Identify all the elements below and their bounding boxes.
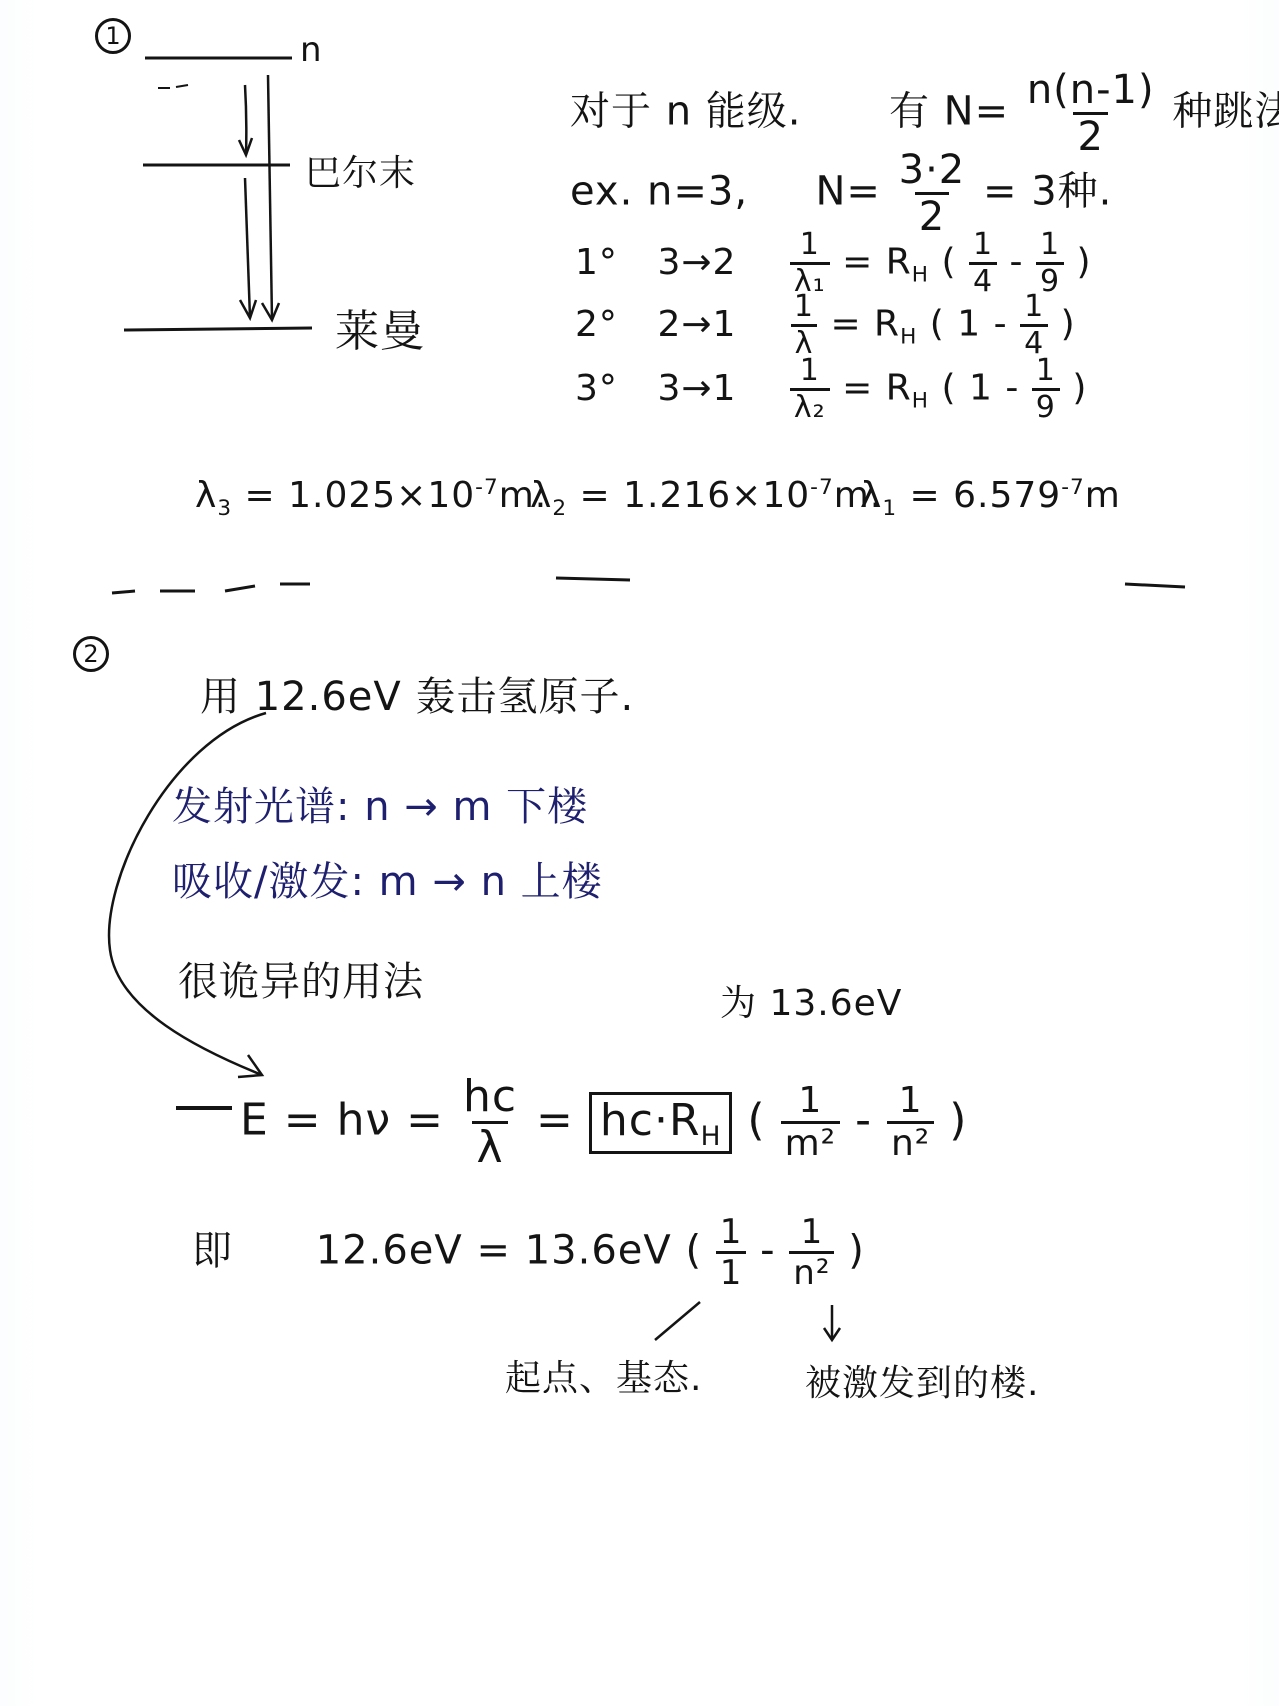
term-2-fraction: 1 9: [1036, 230, 1064, 297]
result-lambda-1: λ1 = 6.579-7m: [860, 475, 1121, 521]
transition-row-2: 2° 2→1 1 λ = RH ( 1 - 1 4 ): [575, 292, 1076, 359]
fraction-numerator: n(n-1): [1023, 70, 1159, 112]
level-n-label: n: [300, 30, 323, 70]
fraction-denominator: n²: [887, 1121, 934, 1162]
transition-jump: 2→1: [657, 304, 777, 345]
minus-sign: -: [855, 1095, 872, 1146]
fraction-numerator: 1: [790, 292, 818, 324]
paren-open: (: [941, 242, 956, 283]
lambda-subscript: 1: [882, 496, 897, 521]
inverse-n-squared-fraction: 1 n²: [887, 1083, 934, 1162]
lambda-symbol: λ: [195, 475, 217, 516]
fraction-denominator: m²: [781, 1121, 841, 1162]
paren-open: (: [747, 1095, 765, 1146]
rule-text-have: 有 N=: [889, 89, 1009, 135]
transition-index: 3°: [575, 368, 645, 409]
annotation-ground-state: 起点、基态.: [505, 1350, 702, 1401]
pointer-line: [655, 1302, 700, 1340]
result-lambda-2: λ2 = 1.216×10-7m.: [530, 475, 882, 521]
rule-line: 对于 n 能级. 有 N= n(n-1) 2 种跳法: [570, 70, 1279, 157]
term-2-fraction: 1 4: [1020, 292, 1048, 359]
fraction-numerator: 1: [1036, 230, 1064, 262]
inverse-m-squared-fraction: 1 m²: [781, 1083, 841, 1162]
minus-sign: -: [1010, 242, 1024, 283]
transition-index: 2°: [575, 304, 645, 345]
example-post: = 3种.: [983, 169, 1112, 215]
section-2-title: 用 12.6eV 轰击氢原子.: [200, 665, 634, 722]
fraction-numerator: 1: [796, 356, 824, 388]
fraction-numerator: 3·2: [895, 150, 970, 192]
arrow-down-icon: [268, 75, 272, 320]
section-2-marker-text: 2: [83, 640, 98, 668]
fraction-numerator: 1: [1032, 356, 1060, 388]
balmer-label: 巴尔末: [305, 145, 416, 196]
transition-row-1: 1° 3→2 1 λ₁ = RH ( 1 4 - 1 9 ): [575, 230, 1092, 297]
term-2-fraction: 1 9: [1032, 356, 1060, 423]
rule-text-pre: 对于 n 能级.: [570, 89, 802, 135]
term-1-fraction: 1 4: [969, 230, 997, 297]
minus-sign: -: [994, 304, 1008, 345]
fraction-numerator: 1: [969, 230, 997, 262]
substitution-lhs: 12.6eV = 13.6eV: [316, 1228, 672, 1274]
annotation-excited-level: 被激发到的楼.: [805, 1355, 1039, 1406]
energy-formula: E = hν = hc λ = hc·RH ( 1 m² - 1 n² ): [240, 1075, 967, 1170]
section-separator: [112, 578, 1185, 593]
lambda-symbol: λ: [860, 475, 882, 516]
equals-sign: =: [536, 1095, 574, 1146]
fraction-numerator: 1: [794, 1083, 826, 1121]
fraction-numerator: 1: [1020, 292, 1048, 324]
term-1: 1: [957, 304, 981, 345]
lambda-subscript: 2: [552, 496, 567, 521]
paren-close: ): [1061, 304, 1076, 345]
lambda-subscript: 3: [217, 496, 232, 521]
arrow-down-icon: [245, 178, 250, 318]
transition-jump: 3→2: [657, 242, 777, 283]
transition-jump: 3→1: [657, 368, 777, 409]
fraction-numerator: 1: [895, 1083, 927, 1121]
boxed-constant-text: hc·R: [600, 1095, 701, 1146]
equals-13-6-note: 为 13.6eV: [720, 975, 902, 1026]
paren-close: ): [949, 1095, 967, 1146]
fraction-numerator: 1: [796, 230, 824, 262]
result-value: = 1.025×10: [245, 475, 476, 516]
substitution-formula: 即 12.6eV = 13.6eV ( 1 1 - 1 n² ): [192, 1215, 865, 1290]
rule-fraction: n(n-1) 2: [1023, 70, 1159, 157]
fraction-numerator: hc: [459, 1075, 521, 1121]
rule-text-post: 种跳法: [1172, 89, 1279, 135]
rydberg-symbol: = R: [830, 304, 900, 345]
lambda-symbol: λ: [530, 475, 552, 516]
fraction-numerator: 1: [716, 1215, 747, 1251]
example-N: N=: [815, 169, 880, 215]
result-value: = 1.216×10: [580, 475, 811, 516]
lyman-label: 莱曼: [335, 295, 425, 359]
transition-row-3: 3° 3→1 1 λ₂ = RH ( 1 - 1 9 ): [575, 356, 1087, 423]
result-exponent: -7: [1061, 475, 1085, 500]
fraction-denominator: n²: [789, 1251, 834, 1290]
paren-open: (: [685, 1228, 702, 1274]
fraction-denominator: 1: [716, 1251, 747, 1290]
result-lambda-3: λ3 = 1.025×10-7m.: [195, 475, 547, 521]
example-fraction: 3·2 2: [895, 150, 970, 237]
boxed-constant: hc·RH: [589, 1092, 733, 1155]
usage-note: 很诡异的用法: [178, 950, 424, 1007]
boxed-constant-subscript: H: [701, 1120, 722, 1151]
result-exponent: -7: [475, 475, 499, 500]
transition-index: 1°: [575, 242, 645, 283]
section-1-marker-text: 1: [105, 22, 120, 50]
paren-close: ): [1077, 242, 1092, 283]
rydberg-symbol: = R: [842, 368, 912, 409]
absorption-line: 吸收/激发: m → n 上楼: [172, 850, 603, 907]
result-value: = 6.579: [910, 475, 1062, 516]
result-unit: m: [1085, 475, 1121, 516]
example-pre: ex. n=3,: [570, 169, 748, 215]
section-1-marker: 1: [95, 18, 131, 54]
inverse-n-squared-fraction: 1 n²: [789, 1215, 834, 1290]
energy-level-1-line: [124, 328, 312, 330]
rydberg-subscript: H: [912, 389, 929, 414]
lhs-fraction: 1 λ₂: [790, 356, 830, 423]
one-over-one-fraction: 1 1: [716, 1215, 747, 1290]
fraction-denominator: λ₂: [790, 388, 830, 423]
section-2-marker: 2: [73, 636, 109, 672]
paren-close: ): [848, 1228, 865, 1274]
result-exponent: -7: [810, 475, 834, 500]
paren-open: (: [941, 368, 956, 409]
lhs-fraction: 1 λ: [790, 292, 818, 359]
minus-sign: -: [760, 1228, 775, 1274]
rydberg-subscript: H: [912, 263, 929, 288]
fraction-denominator: λ: [472, 1121, 507, 1170]
arrow-down-icon: [245, 85, 246, 155]
example-line: ex. n=3, N= 3·2 2 = 3种.: [570, 150, 1112, 237]
term-1: 1: [969, 368, 993, 409]
substitution-prefix: 即: [192, 1219, 302, 1276]
paren-close: ): [1072, 368, 1087, 409]
fraction-numerator: 1: [797, 1215, 828, 1251]
fraction-denominator: 9: [1032, 388, 1060, 423]
formula-lhs: E = hν =: [240, 1095, 444, 1146]
handwritten-note-page: 1 n 巴尔末 莱曼 对于 n 能级. 有 N= n(n-1) 2 种跳法 ex…: [0, 0, 1279, 1706]
rydberg-subscript: H: [900, 325, 917, 350]
rydberg-symbol: = R: [842, 242, 912, 283]
hc-over-lambda-fraction: hc λ: [459, 1075, 521, 1170]
lhs-fraction: 1 λ₁: [790, 230, 830, 297]
emission-spectrum-line: 发射光谱: n → m 下楼: [172, 775, 588, 832]
minus-sign: -: [1005, 368, 1019, 409]
paren-open: (: [930, 304, 945, 345]
